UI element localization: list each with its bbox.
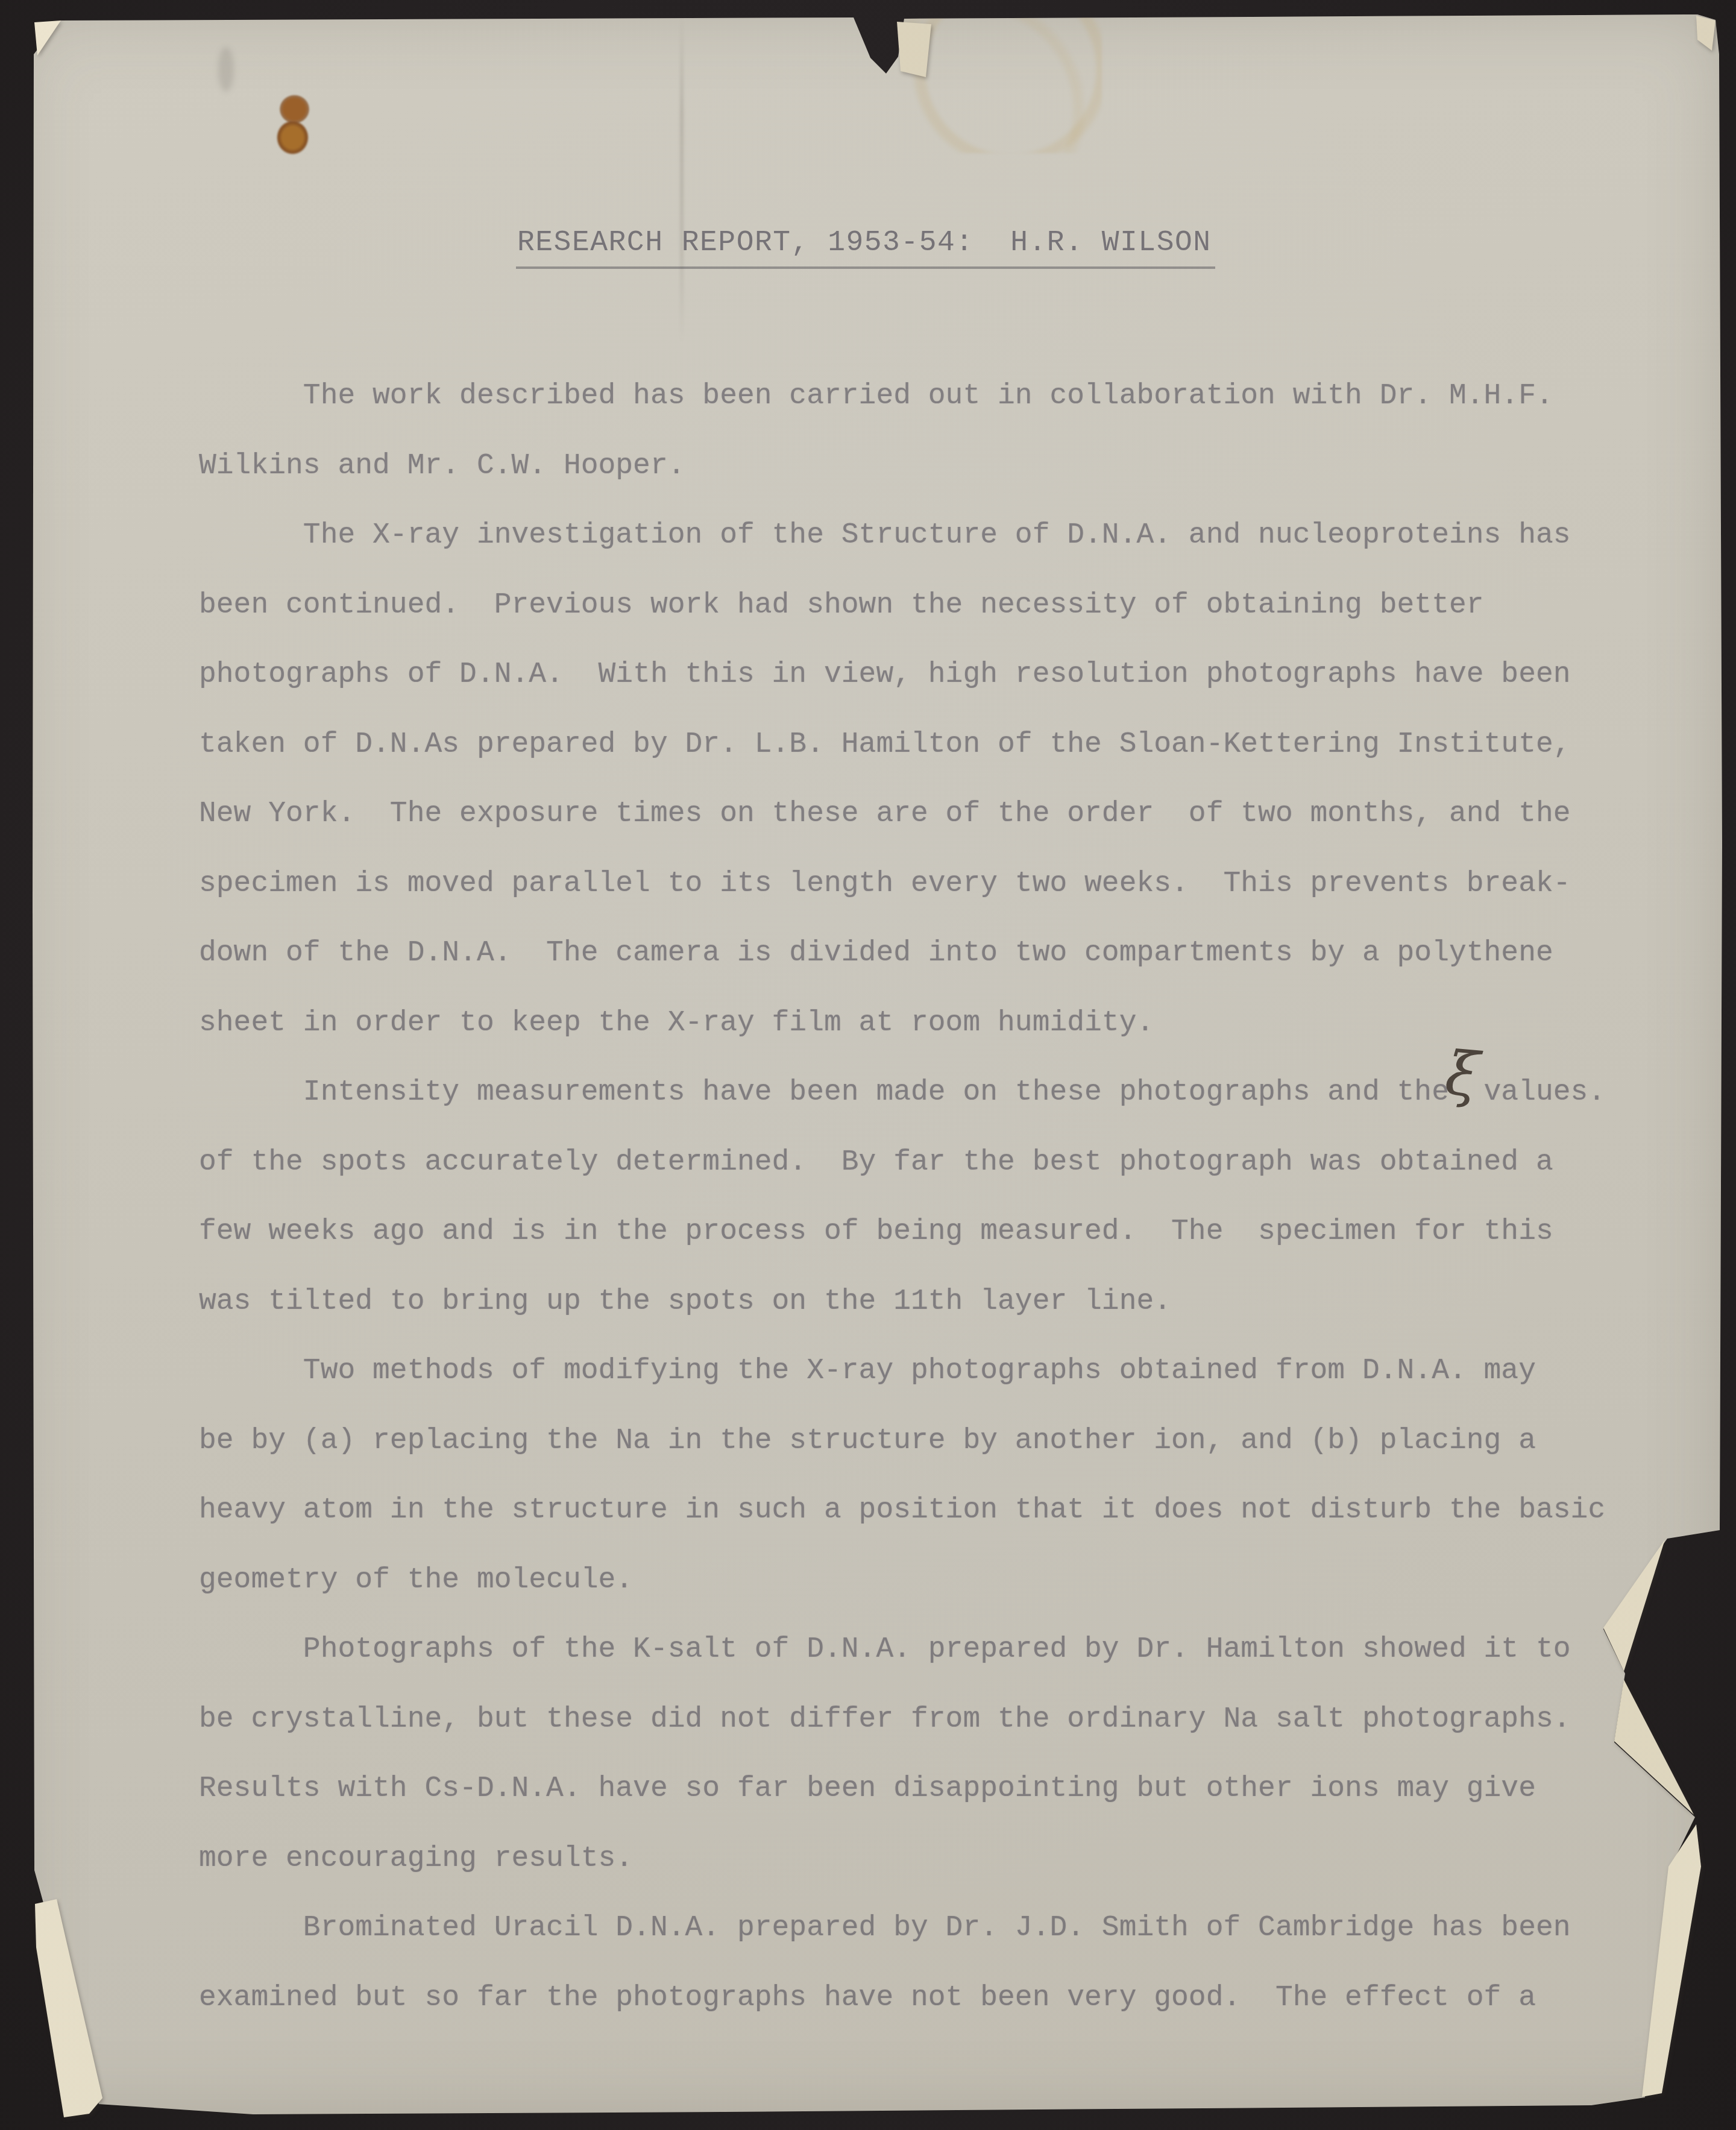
typed-line: photographs of D.N.A. With this in view,… <box>199 640 1682 710</box>
scanned-page: RESEARCH REPORT, 1953-54: H.R. WILSON Th… <box>0 0 1736 2130</box>
rust-stain <box>270 92 317 159</box>
typed-line: Two methods of modifying the X-ray photo… <box>199 1337 1682 1407</box>
paper-sheet: RESEARCH REPORT, 1953-54: H.R. WILSON Th… <box>0 0 1736 2130</box>
crease-line <box>680 17 684 342</box>
typed-line: examined but so far the photographs have… <box>199 1964 1682 2034</box>
page-title: RESEARCH REPORT, 1953-54: H.R. WILSON <box>516 224 1215 269</box>
typed-line: be crystalline, but these did not differ… <box>199 1685 1682 1755</box>
handwritten-xi-annotation: ξ <box>1443 1043 1482 1106</box>
faint-ring-stain <box>885 8 1102 153</box>
typed-line: The work described has been carried out … <box>199 362 1682 432</box>
typed-line: few weeks ago and is in the process of b… <box>199 1197 1682 1267</box>
smudge-mark <box>218 47 234 92</box>
typed-line: down of the D.N.A. The camera is divided… <box>199 919 1682 989</box>
typed-line: Wilkins and Mr. C.W. Hooper. <box>199 432 1682 502</box>
typed-line: Results with Cs-D.N.A. have so far been … <box>199 1754 1682 1824</box>
typed-line: heavy atom in the structure in such a po… <box>199 1476 1682 1546</box>
typed-line: was tilted to bring up the spots on the … <box>199 1267 1682 1337</box>
typed-line: The X-ray investigation of the Structure… <box>199 501 1682 571</box>
typed-line: Photographs of the K-salt of D.N.A. prep… <box>199 1615 1682 1685</box>
typed-line: specimen is moved parallel to its length… <box>199 849 1682 919</box>
typed-line: more encouraging results. <box>199 1824 1682 1894</box>
body-text: The work described has been carried out … <box>199 362 1682 2033</box>
typed-line: taken of D.N.As prepared by Dr. L.B. Ham… <box>199 710 1682 780</box>
typed-line: be by (a) replacing the Na in the struct… <box>199 1407 1682 1476</box>
typed-line: been continued. Previous work had shown … <box>199 571 1682 641</box>
typed-line: of the spots accurately determined. By f… <box>199 1128 1682 1198</box>
typed-line: Brominated Uracil D.N.A. prepared by Dr.… <box>199 1894 1682 1964</box>
typed-line: New York. The exposure times on these ar… <box>199 780 1682 849</box>
typed-line: geometry of the molecule. <box>199 1546 1682 1616</box>
